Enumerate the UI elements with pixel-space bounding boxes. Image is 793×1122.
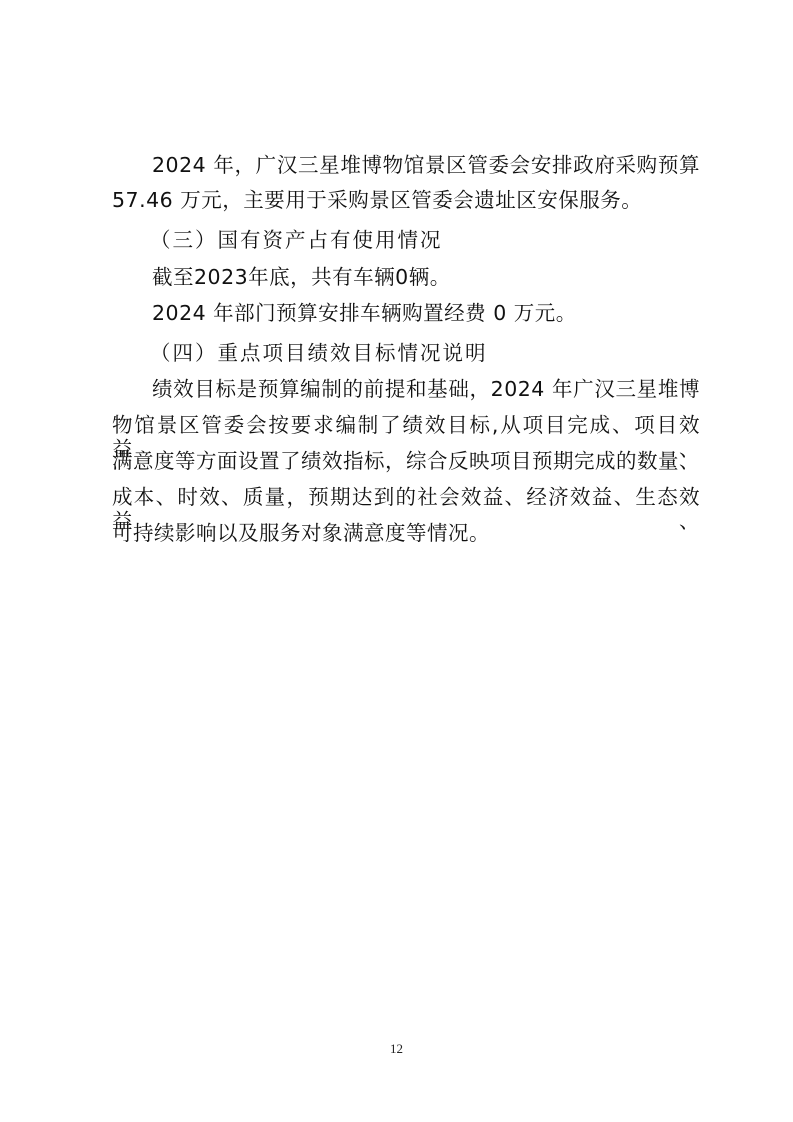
- section-heading-3: （三）国有资产占有使用情况: [150, 228, 738, 252]
- section-heading-4: （四）重点项目绩效目标情况说明: [150, 341, 738, 365]
- paragraph-line: 截至2023年底，共有车辆0辆。: [152, 265, 740, 289]
- paragraph-line: 2024 年部门预算安排车辆购置经费 0 万元。: [152, 301, 740, 325]
- document-page: 2024 年，广汉三星堆博物馆景区管委会安排政府采购预算 57.46 万元，主要…: [0, 0, 793, 1122]
- paragraph-line: 57.46 万元，主要用于采购景区管委会遗址区安保服务。: [112, 188, 700, 212]
- paragraph-line: 满意度等方面设置了绩效指标，综合反映项目预期完成的数量、: [112, 449, 700, 473]
- page-number: 12: [0, 1041, 793, 1057]
- paragraph-line: 可持续影响以及服务对象满意度等情况。: [112, 521, 700, 545]
- paragraph-line: 绩效目标是预算编制的前提和基础，2024 年广汉三星堆博: [152, 377, 700, 401]
- paragraph-line: 2024 年，广汉三星堆博物馆景区管委会安排政府采购预算: [152, 153, 700, 177]
